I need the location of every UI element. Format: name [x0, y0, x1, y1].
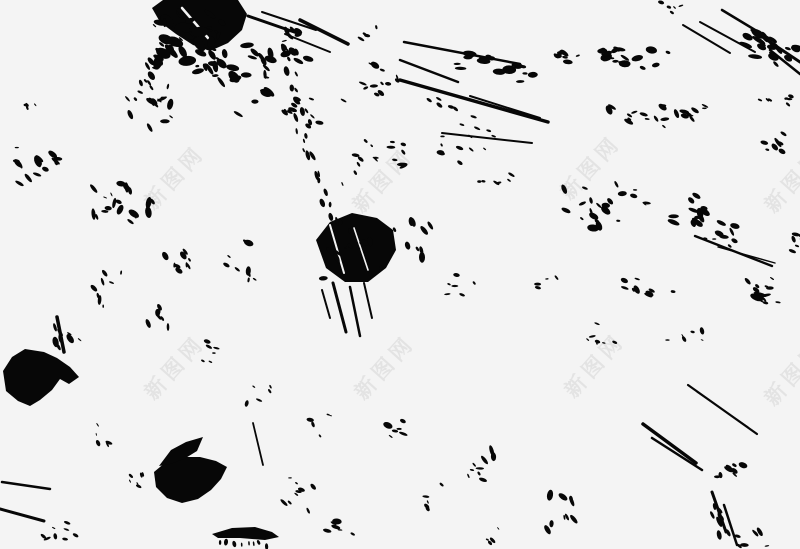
ink-speck	[221, 49, 228, 59]
ink-speck	[516, 80, 524, 83]
ink-streak	[724, 505, 737, 545]
ink-speck	[470, 469, 475, 472]
ink-speck	[588, 211, 600, 221]
ink-speck	[472, 281, 476, 286]
ink-speck	[788, 248, 796, 254]
ink-speck	[315, 120, 324, 125]
ink-speck	[232, 540, 237, 547]
ink-speck	[102, 304, 104, 307]
ink-speck	[379, 68, 385, 72]
ink-speck	[166, 98, 174, 110]
watermark-text: 新图网	[350, 330, 420, 404]
ink-speck	[294, 492, 299, 496]
grunge-texture-image: 新图网新图网新图网新图网新图网新图网新图网新图网	[0, 0, 800, 549]
ink-speck	[251, 99, 258, 103]
ink-speck	[95, 433, 97, 436]
ink-speck	[169, 115, 173, 119]
ink-speck	[129, 479, 132, 483]
ink-speck	[63, 528, 69, 532]
ink-speck	[195, 65, 199, 68]
ink-speck	[127, 208, 140, 220]
ink-speck	[716, 219, 727, 227]
ink-speck	[554, 275, 559, 280]
ink-speck	[436, 96, 442, 101]
ink-speck	[478, 477, 487, 483]
ink-speck	[404, 241, 411, 250]
ink-speck	[426, 500, 429, 504]
ink-speck	[309, 97, 315, 101]
ink-speck	[62, 537, 68, 541]
ink-speck	[546, 489, 554, 501]
ink-speck	[765, 148, 769, 151]
ink-speck	[491, 134, 496, 137]
ink-speck	[422, 495, 429, 498]
ink-speck	[477, 471, 481, 476]
ink-speck	[454, 63, 461, 65]
watermark-text: 新图网	[140, 330, 210, 404]
ink-speck	[127, 218, 135, 225]
ink-speck	[256, 398, 263, 403]
ink-speck	[645, 46, 657, 55]
ink-speck	[468, 147, 474, 152]
ink-speck	[304, 133, 308, 139]
ink-speck	[295, 128, 298, 134]
ink-speck	[576, 54, 581, 57]
ink-speck	[666, 5, 671, 9]
ink-speck	[399, 431, 408, 437]
ink-speck	[350, 532, 355, 536]
ink-speck	[690, 330, 695, 333]
ink-speck	[357, 36, 365, 42]
ink-speck	[269, 385, 272, 389]
ink-speck	[341, 182, 344, 186]
ink-speck	[329, 202, 332, 208]
ink-speck	[295, 482, 299, 485]
ink-speck	[757, 98, 762, 102]
ink-speck	[631, 54, 644, 62]
ink-speck	[144, 318, 151, 328]
ink-speck	[669, 10, 674, 15]
ink-speck	[135, 484, 142, 489]
ink-speck	[681, 335, 687, 342]
ink-speck	[631, 110, 638, 114]
ink-speck	[535, 285, 542, 290]
watermark-text: 新图网	[760, 336, 800, 410]
ink-speck	[463, 55, 472, 59]
ink-speck	[642, 201, 651, 205]
ink-speck	[616, 219, 620, 222]
ink-speck	[770, 277, 775, 281]
ink-speck	[363, 138, 368, 143]
ink-speck	[380, 81, 385, 86]
ink-speck	[138, 79, 144, 87]
ink-speck	[415, 246, 420, 252]
ink-speck	[103, 196, 107, 199]
ink-speck	[486, 538, 490, 541]
ink-speck	[234, 266, 240, 272]
ink-streak	[262, 12, 316, 30]
ink-speck	[481, 180, 486, 183]
ink-speck	[166, 84, 169, 90]
ink-speck	[64, 520, 71, 525]
ink-streak	[683, 25, 730, 53]
ink-streak	[253, 423, 263, 465]
left-big-blob	[3, 349, 79, 406]
ink-speck	[569, 514, 579, 525]
ink-speck	[561, 206, 572, 214]
ink-speck	[289, 84, 294, 91]
ink-speck	[396, 428, 401, 430]
ink-speck	[709, 511, 715, 520]
ink-speck	[363, 86, 369, 91]
ink-speck	[716, 530, 722, 540]
ink-speck	[795, 244, 800, 248]
ink-speck	[760, 140, 769, 146]
ink-speck	[589, 197, 594, 204]
ink-speck	[729, 227, 735, 236]
ink-speck	[765, 545, 770, 547]
ink-speck	[318, 198, 326, 208]
ink-speck	[621, 285, 629, 290]
ink-speck	[701, 339, 704, 341]
ink-speck	[497, 527, 500, 530]
ink-speck	[311, 421, 316, 428]
ink-speck	[244, 400, 249, 407]
ink-speck	[293, 57, 304, 66]
ink-speck	[288, 477, 292, 478]
ink-speck	[744, 277, 752, 285]
ink-speck	[388, 434, 393, 438]
ink-streak	[333, 283, 346, 332]
ink-speck	[34, 103, 37, 106]
ink-speck	[318, 434, 321, 438]
ink-speck	[240, 42, 254, 49]
ink-speck	[382, 421, 393, 430]
ink-speck	[146, 80, 151, 86]
ink-speck	[247, 277, 250, 282]
ink-speck	[780, 131, 787, 137]
ink-speck	[310, 114, 315, 119]
ink-speck	[483, 147, 487, 150]
ink-speck	[453, 272, 460, 277]
ink-speck	[294, 71, 298, 77]
ink-speck	[41, 166, 49, 173]
ink-speck	[96, 423, 99, 427]
ink-speck	[447, 283, 451, 286]
ink-speck	[110, 192, 113, 196]
ink-speck	[241, 543, 243, 547]
ink-speck	[580, 217, 584, 221]
ink-streak	[470, 96, 540, 118]
ink-speck	[586, 338, 590, 341]
ink-speck	[191, 67, 204, 75]
ink-speck	[731, 237, 739, 244]
watermark-text: 新图网	[760, 143, 800, 217]
ink-speck	[375, 25, 378, 30]
ink-speck	[115, 204, 125, 216]
ink-speck	[614, 181, 620, 189]
ink-speck	[785, 46, 792, 51]
ink-speck	[78, 338, 82, 342]
ink-speck	[459, 123, 464, 126]
ink-streak	[300, 20, 348, 44]
ink-speck	[657, 102, 668, 111]
ink-streak	[350, 287, 360, 336]
ink-speck	[105, 440, 113, 446]
ink-speck	[160, 119, 170, 123]
ink-speck	[522, 72, 527, 74]
ink-speck	[267, 388, 271, 393]
ink-speck	[369, 60, 380, 70]
ink-speck	[149, 85, 154, 91]
ink-speck	[467, 473, 470, 478]
ink-speck	[477, 180, 481, 183]
ink-speck	[178, 55, 197, 67]
ink-speck	[287, 500, 292, 505]
ink-speck	[283, 66, 291, 77]
ink-speck	[426, 221, 434, 231]
ink-speck	[678, 4, 683, 7]
ink-speck	[253, 541, 255, 546]
ink-speck	[233, 110, 243, 118]
ink-speck	[440, 143, 443, 147]
ink-speck	[15, 180, 25, 188]
ink-speck	[633, 189, 637, 191]
ink-streak	[400, 60, 458, 82]
ink-speck	[208, 360, 212, 363]
ink-speck	[455, 67, 467, 71]
ink-speck	[95, 439, 101, 447]
ink-speck	[618, 191, 627, 197]
ink-speck	[511, 63, 517, 67]
ink-speck	[385, 82, 392, 87]
ink-speck	[645, 118, 650, 120]
ink-speck	[748, 54, 762, 60]
ink-speck	[323, 188, 329, 197]
ink-speck	[222, 262, 230, 269]
ink-speck	[653, 115, 659, 122]
ink-speck	[53, 533, 58, 540]
ink-speck	[299, 107, 306, 117]
ink-speck	[161, 251, 170, 261]
ink-speck	[328, 212, 334, 221]
ink-speck	[639, 65, 646, 71]
watermark-text: 新图网	[560, 328, 630, 402]
ink-speck	[262, 64, 271, 72]
ink-speck	[563, 59, 573, 65]
ink-speck	[24, 173, 34, 183]
ink-speck	[224, 538, 229, 545]
ink-streak	[404, 42, 520, 64]
ink-speck	[302, 55, 314, 63]
ink-speck	[111, 198, 116, 209]
ink-speck	[167, 323, 170, 331]
ink-speck	[340, 98, 347, 103]
ink-speck	[370, 84, 378, 88]
ink-speck	[353, 170, 358, 176]
ink-speck	[133, 97, 138, 102]
ink-speck	[265, 543, 269, 549]
ink-speck	[665, 339, 669, 341]
ink-speck	[280, 498, 289, 507]
ink-speck	[323, 528, 332, 534]
ink-speck	[358, 81, 367, 86]
ink-speck	[252, 385, 256, 388]
ink-streak	[322, 290, 330, 318]
ink-speck	[578, 201, 586, 207]
ink-speck	[201, 359, 205, 363]
ink-streak	[652, 438, 702, 470]
ink-speck	[549, 520, 554, 527]
ink-speck	[658, 0, 665, 5]
ink-speck	[474, 126, 481, 131]
ink-streak	[718, 247, 775, 263]
ink-speck	[534, 283, 541, 286]
ink-speck	[426, 97, 433, 103]
ink-speck	[660, 117, 669, 121]
ink-speck	[91, 208, 96, 220]
ink-speck	[791, 235, 797, 243]
ink-speck	[319, 276, 328, 281]
ink-speck	[282, 40, 287, 43]
ink-speck	[451, 285, 458, 287]
ink-speck	[444, 293, 451, 296]
ink-speck	[292, 112, 299, 122]
ink-speck	[620, 277, 629, 284]
ink-speck	[472, 462, 476, 467]
ink-speck	[126, 109, 134, 120]
ink-speck	[419, 225, 429, 236]
ink-speck	[436, 101, 444, 108]
ink-speck	[589, 335, 596, 339]
ink-speck	[248, 541, 250, 546]
ink-speck	[459, 292, 466, 297]
ink-speck	[687, 196, 696, 205]
ink-speck	[226, 63, 240, 72]
ink-speck	[470, 115, 477, 119]
ink-speck	[594, 322, 600, 326]
ink-speck	[456, 160, 463, 166]
ink-speck	[738, 461, 748, 469]
ink-speck	[712, 238, 716, 240]
ink-streak	[442, 133, 532, 143]
ink-speck	[146, 70, 156, 81]
ink-speck	[256, 540, 261, 546]
ink-splatter-graphic: 新图网新图网新图网新图网新图网新图网新图网新图网	[0, 0, 800, 549]
ink-speck	[306, 507, 311, 514]
ink-speck	[639, 112, 648, 118]
ink-speck	[775, 301, 781, 304]
ink-speck	[596, 202, 603, 208]
ink-speck	[212, 352, 216, 354]
ink-streak	[643, 424, 696, 463]
ink-speck	[455, 145, 464, 151]
ink-speck	[673, 6, 676, 9]
ink-speck	[227, 255, 231, 259]
ink-speck	[252, 278, 256, 282]
ink-speck	[732, 463, 738, 468]
ink-speck	[124, 96, 130, 103]
ink-speck	[634, 277, 640, 280]
ink-speck	[101, 269, 109, 277]
ink-speck	[104, 206, 112, 211]
ink-speck	[507, 178, 512, 182]
ink-streak	[697, 392, 748, 427]
ink-speck	[668, 214, 679, 218]
ink-speck	[219, 540, 221, 545]
ink-speck	[302, 148, 305, 153]
ink-speck	[399, 418, 406, 424]
ink-streak	[364, 283, 372, 318]
ink-speck	[286, 56, 291, 62]
ink-speck	[109, 281, 114, 285]
ink-streak	[0, 509, 44, 521]
ink-speck	[120, 270, 122, 274]
ink-speck	[778, 148, 787, 156]
ink-speck	[52, 527, 56, 530]
ink-speck	[440, 135, 444, 137]
ink-speck	[480, 455, 489, 465]
ink-speck	[72, 532, 79, 538]
ink-speck	[146, 123, 154, 133]
ink-speck	[216, 76, 226, 88]
ink-speck	[486, 129, 491, 133]
ink-speck	[652, 62, 661, 68]
ink-speck	[188, 258, 192, 262]
ink-speck	[386, 146, 395, 149]
ink-speck	[370, 144, 373, 148]
ink-speck	[699, 327, 705, 335]
ink-speck	[294, 87, 299, 93]
ink-speck	[667, 218, 680, 227]
ink-speck	[241, 72, 252, 77]
ink-speck	[137, 90, 143, 95]
ink-speck	[390, 141, 395, 144]
ink-speck	[702, 107, 707, 109]
ink-speck	[213, 346, 220, 350]
ink-speck	[762, 301, 768, 305]
ink-speck	[508, 172, 516, 178]
ink-speck	[662, 124, 666, 128]
ink-speck	[476, 467, 484, 470]
ink-speck	[89, 284, 98, 293]
ink-speck	[671, 290, 676, 293]
bottom-wedge	[212, 527, 279, 540]
ink-speck	[557, 492, 568, 502]
ink-speck	[665, 50, 671, 55]
ink-speck	[100, 277, 105, 285]
ink-speck	[32, 172, 41, 178]
ink-speck	[439, 482, 444, 487]
ink-speck	[317, 178, 320, 184]
ink-speck	[309, 483, 317, 491]
ink-speck	[545, 278, 549, 280]
ink-speck	[128, 473, 134, 478]
ink-speck	[356, 161, 361, 167]
ink-streak	[2, 482, 50, 489]
ink-speck	[630, 193, 638, 199]
ink-speck	[212, 74, 219, 77]
ink-speck	[690, 106, 699, 114]
ink-speck	[303, 139, 306, 144]
ink-speck	[772, 60, 779, 67]
ink-speck	[785, 102, 790, 107]
ink-speck	[15, 147, 19, 148]
ink-speck	[306, 417, 314, 422]
ink-speck	[392, 429, 399, 433]
ink-speck	[89, 183, 99, 193]
ink-speck	[612, 60, 619, 63]
